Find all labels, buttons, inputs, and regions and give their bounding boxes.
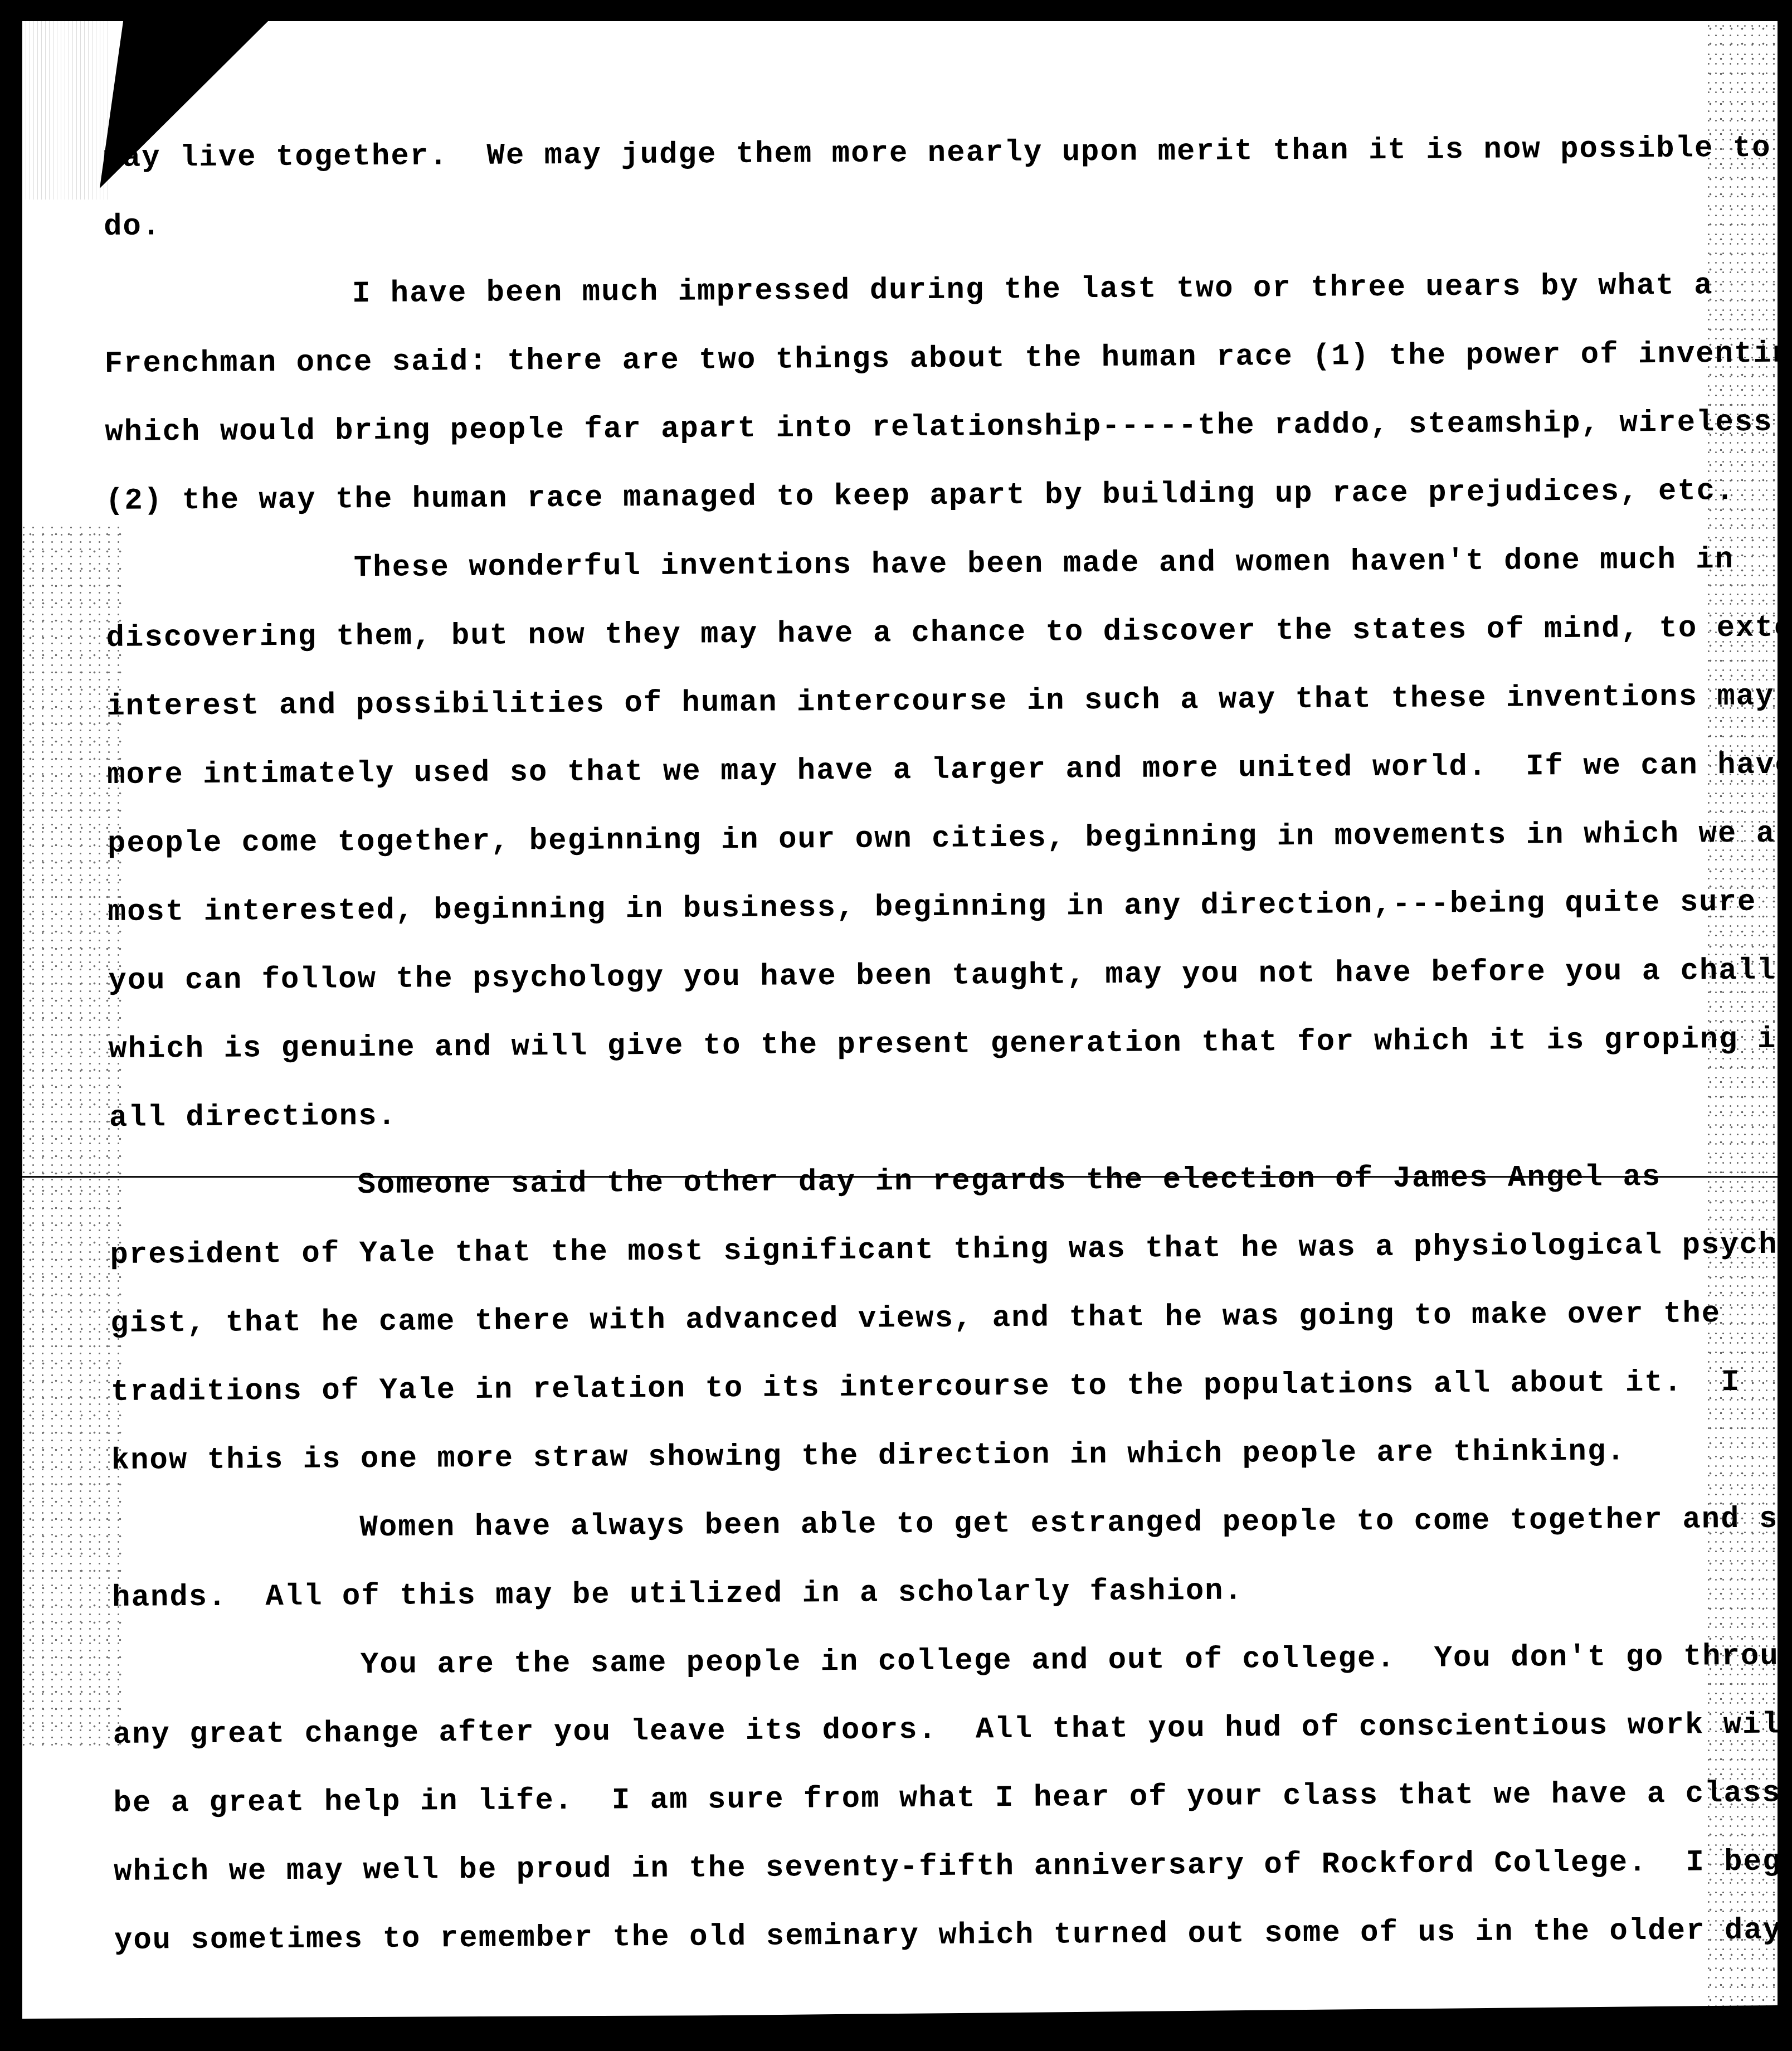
text-line: hands. All of this may be utilized in a … — [112, 1554, 1728, 1632]
text-line: be a great help in life. I am sure from … — [113, 1760, 1730, 1838]
text-line: interest and possibilities of human inte… — [106, 663, 1723, 741]
text-line: president of Yale that the most signific… — [110, 1211, 1726, 1290]
text-line: you can follow the psychology you have b… — [108, 937, 1725, 1015]
text-line: any great change after you leave its doo… — [113, 1691, 1729, 1770]
paragraph-3: These wonderful inventions have been mad… — [106, 526, 1726, 1153]
paragraph-1: may live together. We may judge them mor… — [103, 114, 1720, 261]
scan-bottom-edge — [22, 2005, 1778, 2028]
text-line: Women have always been able to get estra… — [111, 1485, 1728, 1564]
text-line: which would bring people far apart into … — [105, 388, 1721, 467]
text-line: traditions of Yale in relation to its in… — [111, 1348, 1727, 1427]
text-line: which we may well be proud in the sevent… — [114, 1828, 1730, 1907]
paragraph-6: You are the same people in college and o… — [113, 1622, 1731, 1975]
text-line: you sometimes to remember the old semina… — [114, 1897, 1731, 1975]
text-line: Frenchman once said: there are two thing… — [104, 320, 1721, 398]
text-line: people come together, beginning in our o… — [108, 800, 1724, 878]
document-page: may live together. We may judge them mor… — [22, 21, 1778, 2028]
text-line: do. — [104, 183, 1720, 261]
paragraph-2: I have been much impressed during the la… — [104, 251, 1722, 536]
text-line: which is genuine and will give to the pr… — [109, 1005, 1725, 1084]
text-line: These wonderful inventions have been mad… — [106, 526, 1722, 604]
text-line: discovering them, but now they may have … — [106, 594, 1722, 673]
text-line: I have been much impressed during the la… — [104, 251, 1721, 330]
text-line: all directions. — [109, 1074, 1726, 1153]
text-line: most interested, beginning in business, … — [108, 868, 1724, 947]
text-line: Someone said the other day in regards th… — [109, 1143, 1726, 1221]
paragraph-4: Someone said the other day in regards th… — [109, 1143, 1727, 1495]
text-line: more intimately used so that we may have… — [107, 731, 1723, 810]
text-line: (2) the way the human race managed to ke… — [105, 457, 1722, 536]
text-line: know this is one more straw showing the … — [111, 1417, 1727, 1495]
typewritten-body: may live together. We may judge them mor… — [103, 114, 1730, 1975]
text-line: may live together. We may judge them mor… — [103, 114, 1720, 193]
text-line: gist, that he came there with advanced v… — [110, 1280, 1727, 1358]
paragraph-5: Women have always been able to get estra… — [111, 1485, 1728, 1632]
text-line: You are the same people in college and o… — [113, 1622, 1729, 1701]
scan-edge-artifact — [22, 21, 111, 200]
